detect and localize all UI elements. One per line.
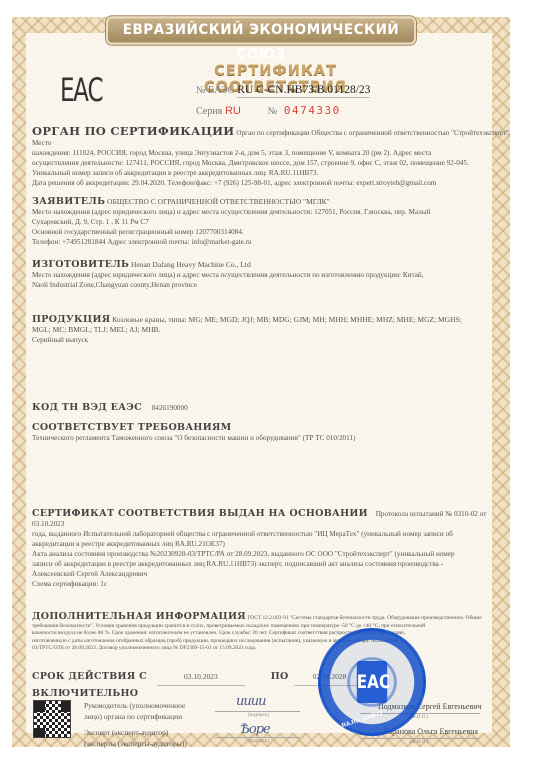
expert-name-line <box>360 738 480 739</box>
certification-body-line: Уникальный номер записи об аккредитации … <box>32 168 516 178</box>
conforms-text: Технического регламента Таможенного союз… <box>32 433 516 443</box>
validity-from-heading: СРОК ДЕЙСТВИЯ С <box>32 671 147 682</box>
additional-info-line: изготовленную с даты изготовления отобра… <box>32 638 516 646</box>
serial-value: 0474330 <box>284 104 341 117</box>
certification-body-line: осуществления деятельности: 127411, РОСС… <box>32 158 516 168</box>
union-banner: ЕВРАЗИЙСКИЙ ЭКОНОМИЧЕСКИЙ СОЮЗ <box>106 16 416 44</box>
manufacturer-name: Henan Dafang Heavy Machine Co., Ltd <box>131 260 251 269</box>
applicant-line: Основной государственный регистрационный… <box>32 227 516 237</box>
validity-to-heading: ПО <box>271 671 289 682</box>
eac-logo-icon: ЕАС <box>60 70 95 110</box>
validity-section: СРОК ДЕЙСТВИЯ С 03.10.2023 ПО 02.10.2028… <box>32 669 516 702</box>
expert-signature-label: Эксперт (эксперт-аудитор) (эксперты (экс… <box>84 727 187 749</box>
additional-info-section: ДОПОЛНИТЕЛЬНАЯ ИНФОРМАЦИЯ ГОСТ 12.2.003-… <box>32 613 516 653</box>
hs-code-value: 8426190000 <box>152 404 188 412</box>
head-signature-line <box>215 711 300 712</box>
head-label-line: Руководитель (уполномоченное <box>84 700 185 711</box>
expert-signature-line <box>215 737 300 738</box>
basis-line: аккредитации в реестре аккредитованных л… <box>32 539 516 549</box>
certification-body-line: Дата решения об аккредитации: 29.04.2020… <box>32 178 516 188</box>
certificate-number-label: № ЕАЭС <box>196 85 234 96</box>
manufacturer-line: Место нахождения (адрес юридического лиц… <box>32 270 516 280</box>
head-label-line: лицо) органа по сертификации <box>84 711 185 722</box>
certification-body-line: нахождения: 111024, РОССИЯ, город Москва… <box>32 148 516 158</box>
applicant-section: ЗАЯВИТЕЛЬ ОБЩЕСТВО С ОГРАНИЧЕННОЙ ОТВЕТС… <box>32 197 516 247</box>
expert-name-caption: (Ф.И.О.) <box>410 740 428 745</box>
certificate-number-value: RU C-CN.НВ73.В.01128/23 <box>237 84 370 98</box>
product-heading: ПРОДУКЦИЯ <box>32 314 110 325</box>
expert-signature-caption: (подпись) <box>248 739 269 744</box>
certification-body-heading: ОРГАН ПО СЕРТИФИКАЦИИ <box>32 124 234 138</box>
basis-section: СЕРТИФИКАТ СООТВЕТСТВИЯ ВЫДАН НА ОСНОВАН… <box>32 509 516 589</box>
basis-line: Алексеевский Сергей Александрович <box>32 569 516 579</box>
certificate-number: № ЕАЭС RU C-CN.НВ73.В.01128/23 <box>196 84 370 96</box>
additional-info-line: влажности воздуха не более 80 %. Срок хр… <box>32 630 516 638</box>
additional-info-line: ГОСТ 12.2.003-91 "Система стандартов без… <box>247 615 481 621</box>
conforms-heading: СООТВЕТСТВУЕТ ТРЕБОВАНИЯМ <box>32 423 516 433</box>
validity-from-date: 03.10.2023 <box>157 669 245 686</box>
product-line: Серийный выпуск <box>32 335 516 345</box>
stamp-eac-icon: ЕАС <box>357 661 387 703</box>
basis-line: записи об аккредитации в реестре аккреди… <box>32 559 516 569</box>
expert-signature-scribble: Ѣoрe <box>240 722 270 737</box>
additional-info-heading: ДОПОЛНИТЕЛЬНАЯ ИНФОРМАЦИЯ <box>32 611 246 622</box>
applicant-line: Место нахождения (адрес юридического лиц… <box>32 207 516 217</box>
head-signature-label: Руководитель (уполномоченное лицо) орган… <box>84 700 185 722</box>
certification-stamp: ЕАС RA.RU.11НВ73 <box>318 628 426 736</box>
conforms-section: СООТВЕТСТВУЕТ ТРЕБОВАНИЯМ Технического р… <box>32 423 516 443</box>
product-line: Козловые краны, типы: MG; ME; MGD; JQJ; … <box>112 315 462 324</box>
expert-label-line: Эксперт (эксперт-аудитор) <box>84 727 187 738</box>
series-value: RU <box>225 105 241 117</box>
basis-heading: СЕРТИФИКАТ СООТВЕТСТВИЯ ВЫДАН НА ОСНОВАН… <box>32 508 368 519</box>
applicant-line: Сухаревский, Д. 9, Стр. 1 , К 11 Рм С7 <box>32 217 516 227</box>
qr-code-icon[interactable] <box>33 700 71 738</box>
applicant-line: Телефон: +74951281844 Адрес электронной … <box>32 237 516 247</box>
product-line: MGL; MC; BMGL; TLJ; MEL; AJ; MHB. <box>32 325 516 335</box>
series-label: Серия <box>196 106 222 117</box>
basis-line: Акта анализа состояния производства №202… <box>32 549 516 559</box>
manufacturer-heading: ИЗГОТОВИТЕЛЬ <box>32 259 129 270</box>
head-signature-caption: (подпись) <box>248 713 269 718</box>
certificate-series: Серия RU № 0474330 <box>196 104 341 117</box>
applicant-heading: ЗАЯВИТЕЛЬ <box>32 196 105 207</box>
basis-line: года, выданного Испытательной лаборатори… <box>32 529 516 539</box>
expert-label-line: (эксперты (эксперты-аудиторы)) <box>84 738 187 749</box>
hs-code-heading: КОД ТН ВЭД ЕАЭС <box>32 402 142 413</box>
manufacturer-line: Naoli Industrial Zone,Changyuan county,H… <box>32 280 516 290</box>
certification-body-section: ОРГАН ПО СЕРТИФИКАЦИИ Орган по сертифика… <box>32 126 516 188</box>
stamp-registration: RA.RU.11НВ73 <box>341 711 383 730</box>
product-section: ПРОДУКЦИЯ Козловые краны, типы: MG; ME; … <box>32 315 516 345</box>
head-signature-scribble: uuuu <box>236 694 266 709</box>
additional-info-line: 03/ТРТС/ОТБ от 28.09.2023. Договор уполн… <box>32 645 516 653</box>
serial-label: № <box>268 106 278 117</box>
hs-code-section: КОД ТН ВЭД ЕАЭС 8426190000 <box>32 403 516 413</box>
basis-line: Схема сертификации: 1с <box>32 579 516 589</box>
manufacturer-section: ИЗГОТОВИТЕЛЬ Henan Dafang Heavy Machine … <box>32 260 516 290</box>
applicant-name: ОБЩЕСТВО С ОГРАНИЧЕННОЙ ОТВЕТСТВЕННОСТЬЮ… <box>107 197 330 206</box>
additional-info-line: требования безопасности". Условия хранен… <box>32 623 516 631</box>
